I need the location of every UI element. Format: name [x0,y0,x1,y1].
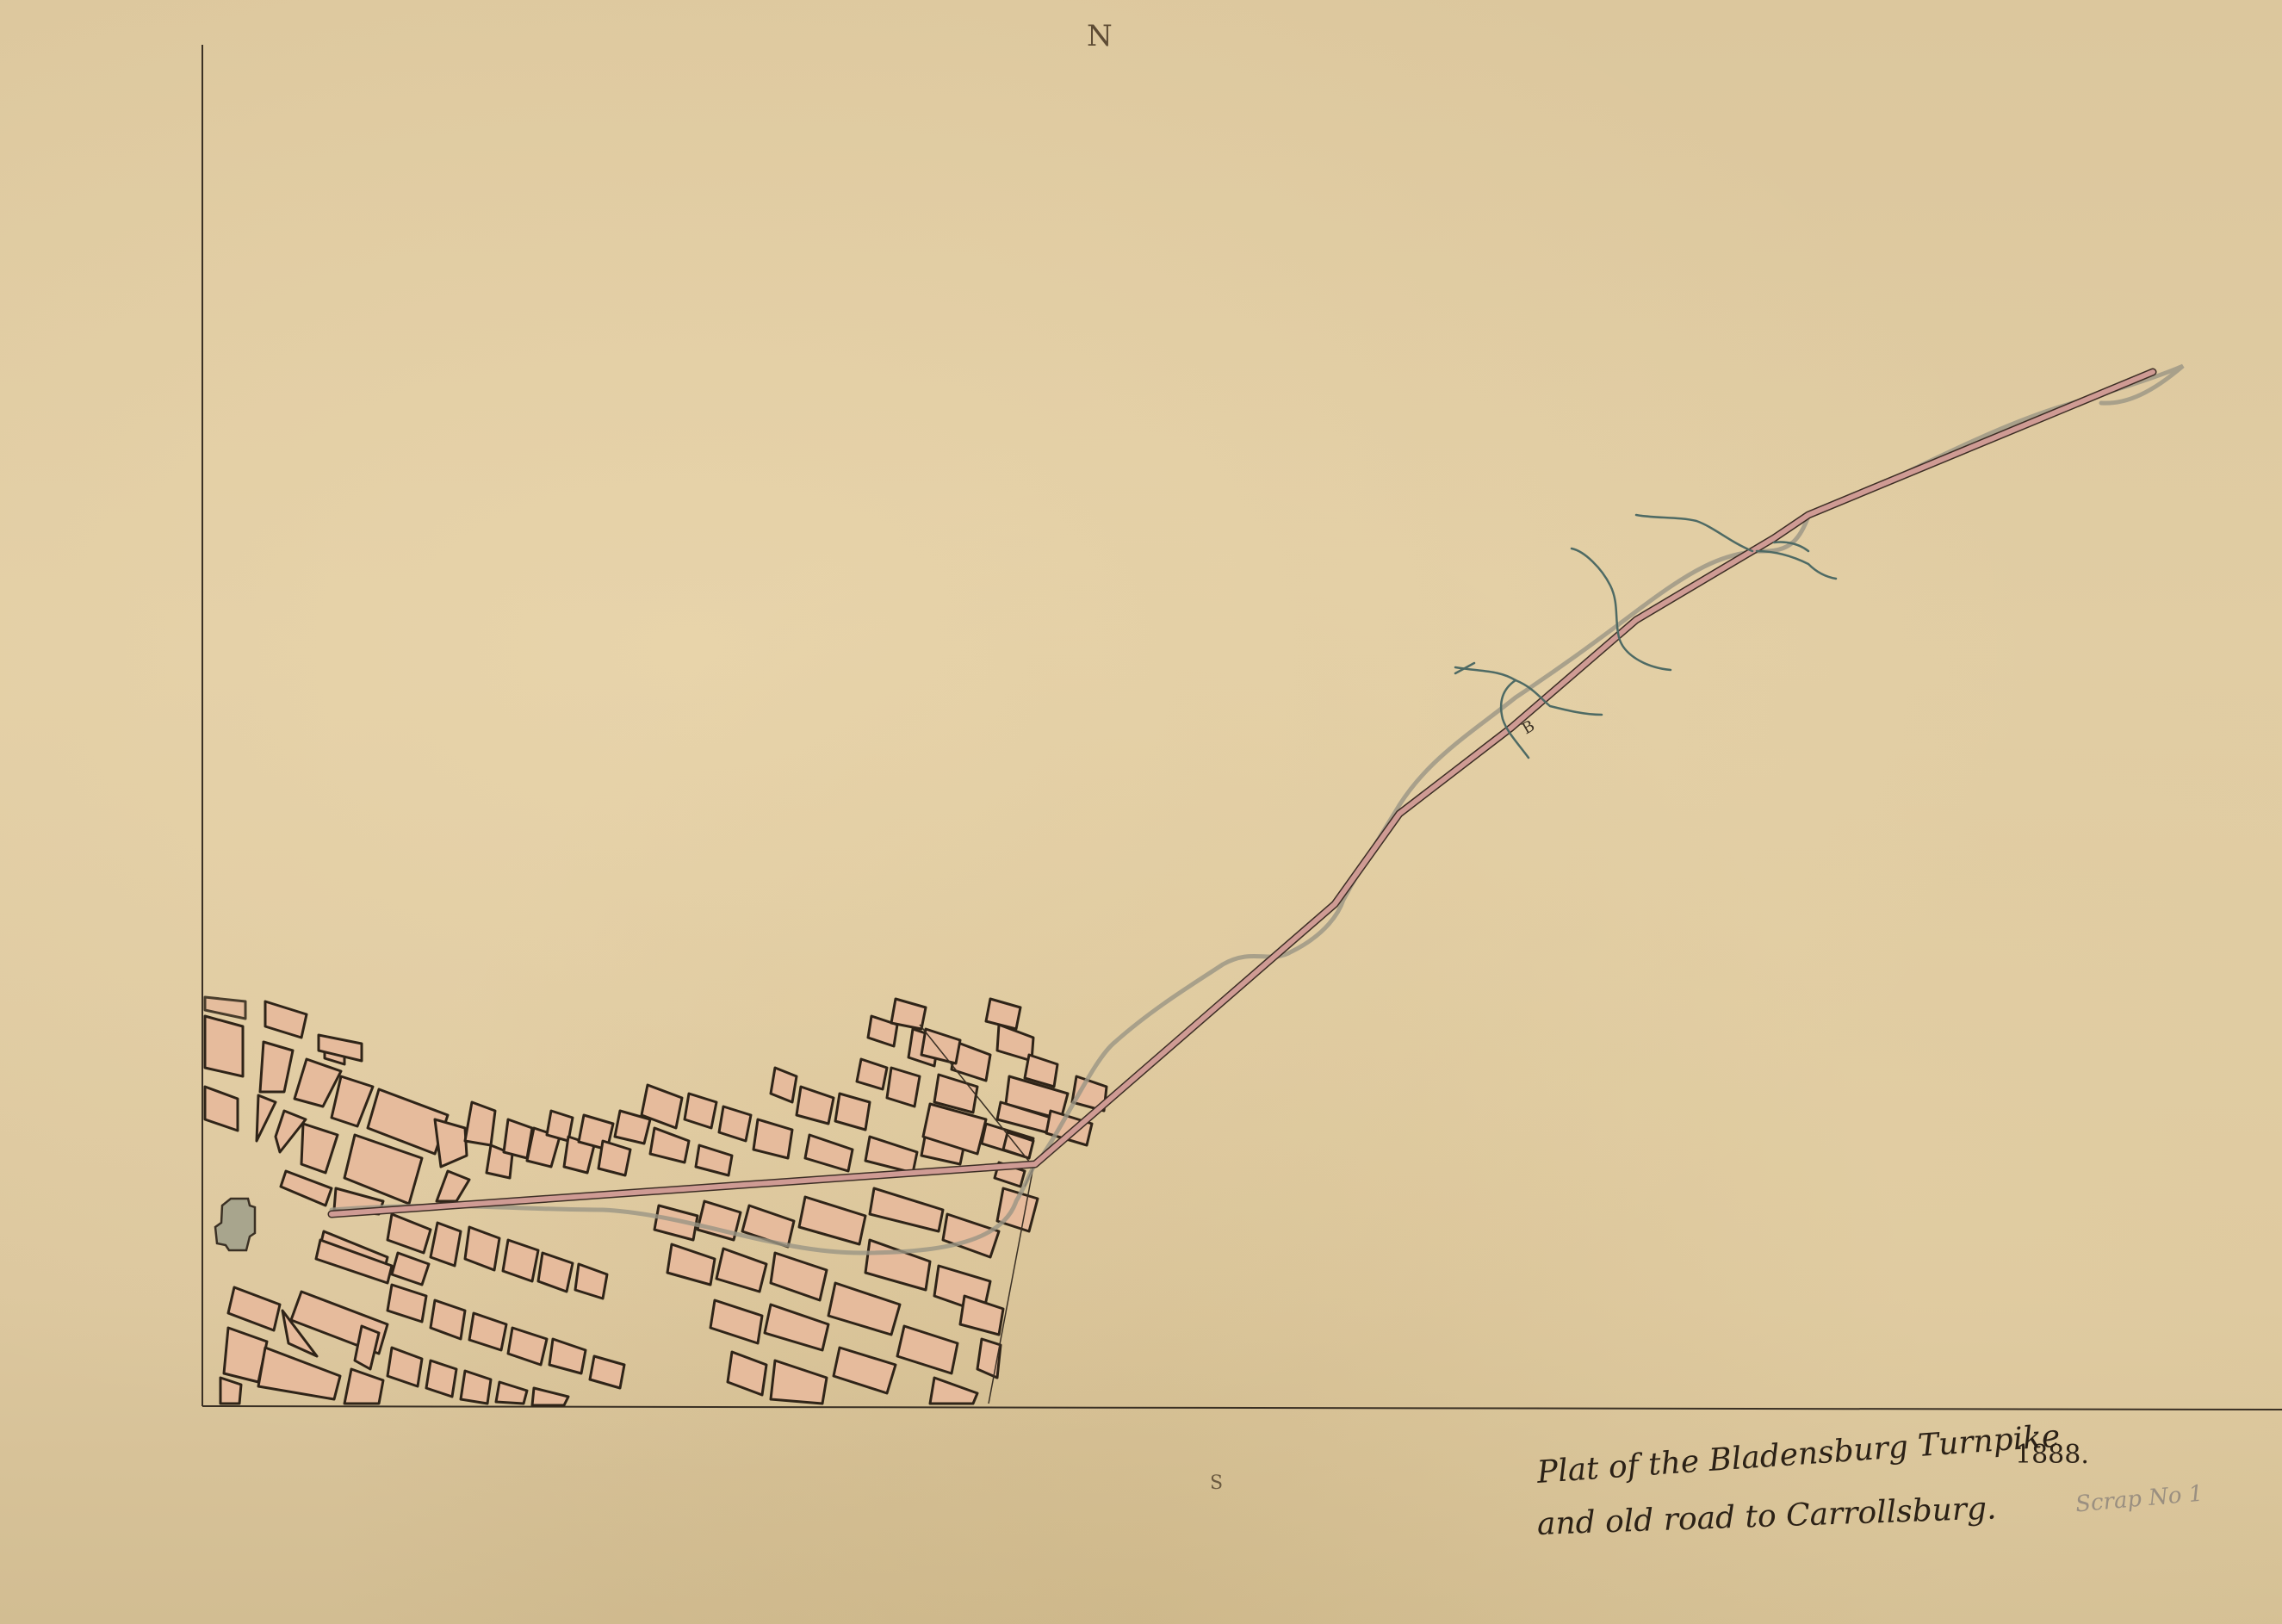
north-arrow-label: N [1087,19,1113,53]
city-street-grid [205,997,1107,1405]
bladensburg-turnpike [332,372,2153,1214]
map-title-year: 1888. [2015,1440,2089,1470]
old-road [332,366,2183,1253]
marker-b: B [1519,717,1538,739]
map-sheet: B N S Plat of the Bladensburg Turnpike 1… [0,0,2282,1624]
public-reservation [215,1199,255,1250]
map-drawing: B [0,0,2282,1624]
south-label: S [1210,1472,1223,1494]
